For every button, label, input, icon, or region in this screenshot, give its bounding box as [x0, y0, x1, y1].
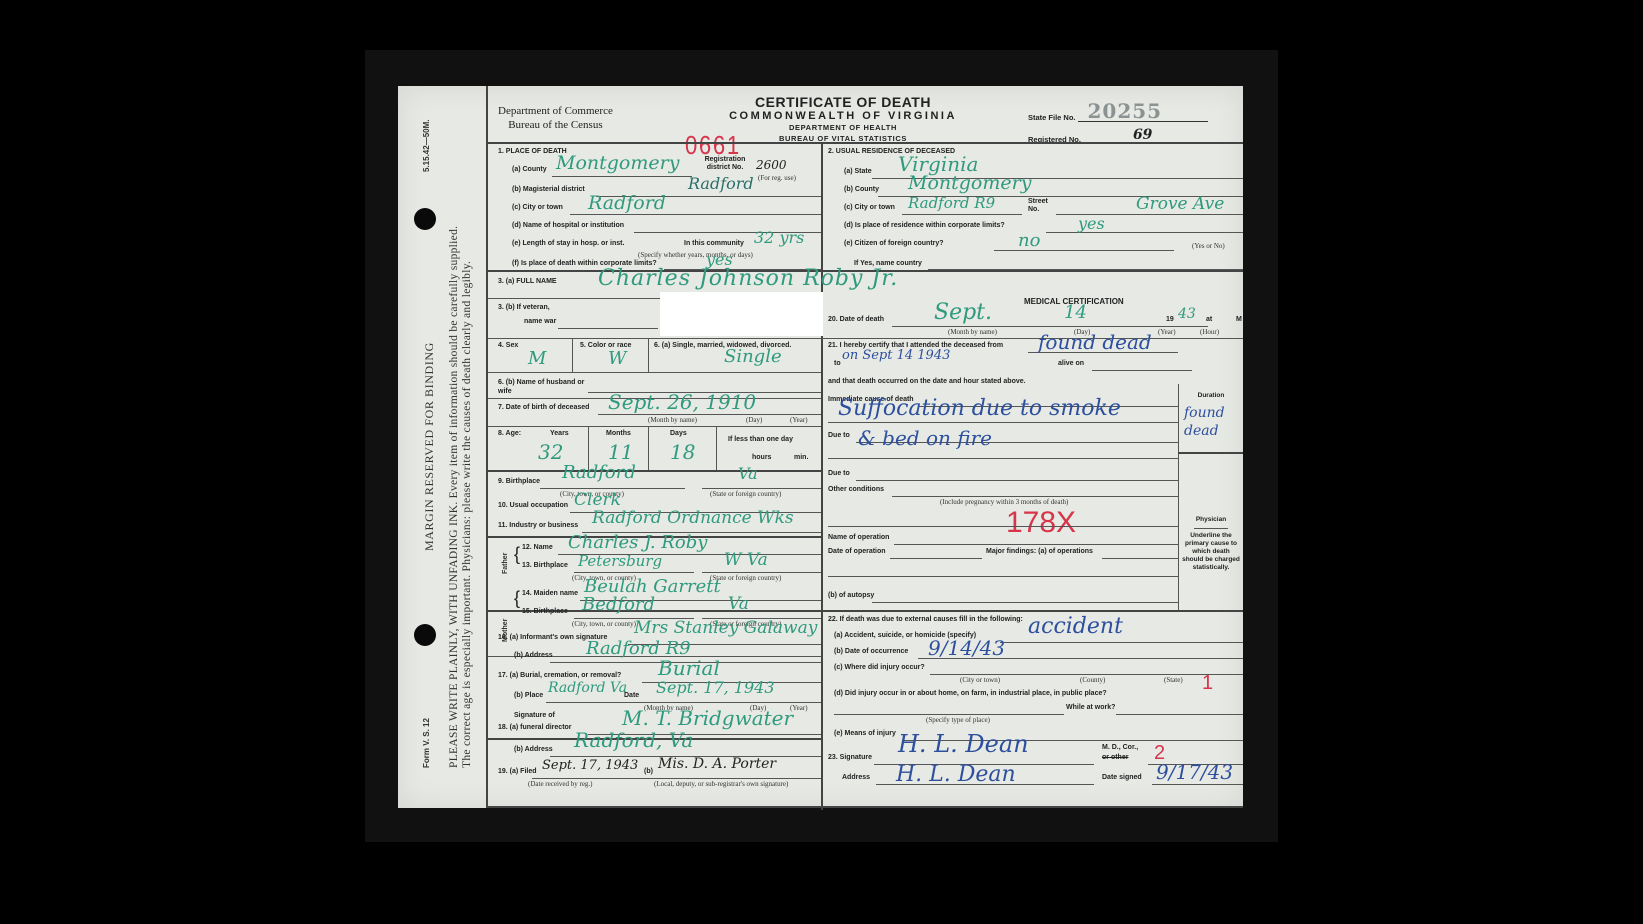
mother-bp-state-value[interactable]: Va: [728, 594, 749, 614]
state-file-label: State File No.: [1028, 113, 1076, 122]
funeral-director-value[interactable]: M. T. Bridgwater: [622, 706, 793, 730]
spouse-label: 6. (b) Name of husband or wife: [498, 378, 588, 396]
birthplace-state-value[interactable]: Va: [738, 464, 758, 483]
findings-label: Major findings: (a) of operations: [986, 548, 1093, 555]
divider: [488, 372, 821, 373]
occupation-label: 10. Usual occupation: [498, 502, 568, 509]
dept-line-2: Bureau of the Census: [498, 118, 613, 132]
citizen-value[interactable]: no: [1018, 230, 1040, 251]
race-value[interactable]: W: [608, 348, 627, 369]
to-label: to: [834, 360, 841, 367]
industry-label: 11. Industry or business: [498, 522, 578, 529]
date-signed-value[interactable]: 9/17/43: [1156, 760, 1233, 784]
operation-label: Name of operation: [828, 534, 889, 541]
where-label: (c) Where did injury occur?: [834, 664, 925, 671]
pregnancy-note: (Include pregnancy within 3 months of de…: [940, 498, 1068, 506]
director-label: 18. (a) funeral director: [498, 724, 572, 731]
res-limits-value[interactable]: yes: [1078, 214, 1105, 233]
column-divider: [821, 142, 823, 810]
yes-no-note: (Yes or No): [1192, 242, 1225, 250]
full-name-value[interactable]: Charles Johnson Roby Jr.: [598, 266, 898, 291]
field-line: [532, 778, 821, 779]
min-label: min.: [794, 454, 808, 461]
field-line: [546, 702, 821, 703]
dod-year-value[interactable]: 43: [1178, 306, 1196, 322]
dept-line-1: Department of Commerce: [498, 104, 613, 118]
field-line: [828, 422, 1178, 423]
street-label: Street No.: [1028, 198, 1054, 214]
father-bp-city-value[interactable]: Petersburg: [578, 552, 662, 570]
res-street-value[interactable]: Grove Ave: [1136, 194, 1224, 214]
reg-district-label: Registration district No.: [700, 156, 750, 172]
burial-type-label: 17. (a) Burial, cremation, or removal?: [498, 672, 621, 679]
attend-to-value[interactable]: on Sept 14 1943: [842, 348, 950, 363]
means-label: (e) Means of injury: [834, 730, 896, 737]
res-city-label: (c) City or town: [844, 204, 895, 211]
age-label: 8. Age:: [498, 430, 521, 437]
field-line: [856, 480, 1178, 481]
divider: [488, 426, 821, 427]
birthplace-label: 9. Birthplace: [498, 478, 540, 485]
death-city-value[interactable]: Radford: [588, 192, 666, 214]
full-name-label: 3. (a) FULL NAME: [498, 278, 557, 285]
field-line: [1116, 714, 1243, 715]
days-label: Days: [670, 430, 687, 437]
divider: [648, 426, 649, 470]
field-line: [928, 269, 1243, 270]
underline-note: Underline the primary cause to which dea…: [1182, 532, 1240, 572]
op-date-label: Date of operation: [828, 548, 886, 555]
home-label: (d) Did injury occur in or about home, o…: [834, 690, 1107, 697]
alive-on-label: alive on: [1058, 360, 1084, 367]
instruction-2: The correct age is especially important.…: [461, 261, 473, 768]
divider: [1178, 384, 1179, 610]
field-line: [1102, 558, 1178, 559]
divider: [572, 338, 573, 372]
place-type-note: (Specify type of place): [926, 716, 990, 724]
res-county-label: (b) County: [844, 186, 879, 193]
filed-date-value[interactable]: Sept. 17, 1943: [542, 758, 638, 773]
certificate-title: CERTIFICATE OF DEATH: [688, 94, 998, 110]
code-stamp: 178X: [1006, 506, 1076, 540]
dod-label: 20. Date of death: [828, 316, 884, 323]
age-months-value[interactable]: 11: [608, 440, 633, 464]
res-county-value[interactable]: Montgomery: [908, 172, 1031, 194]
mother-bp-city-value[interactable]: Bedford: [582, 594, 655, 615]
reg-use-note: (For reg. use): [758, 174, 796, 182]
physician-address-value[interactable]: H. L. Dean: [896, 762, 1016, 787]
burial-place-value[interactable]: Radford Va: [548, 680, 627, 696]
occupation-value[interactable]: Clerk: [574, 490, 621, 510]
work-label: While at work?: [1066, 704, 1115, 711]
due-to-label: Due to: [828, 470, 850, 477]
marital-value[interactable]: Single: [724, 346, 782, 367]
field-line: [574, 572, 694, 573]
at-label: at: [1206, 316, 1212, 323]
registrar-note: (Local, deputy, or sub-registrar's own s…: [654, 780, 788, 788]
father-tag: Father: [502, 553, 509, 574]
field-line: [1152, 784, 1243, 785]
field-line: [598, 414, 821, 415]
year-note: (Year): [1158, 328, 1176, 336]
death-county-value[interactable]: Montgomery: [556, 152, 679, 174]
informant-address-label: (b) Address: [514, 652, 553, 659]
month-note: (Month by name): [948, 328, 997, 336]
or-other-label: or other: [1102, 754, 1128, 761]
registered-number: 69: [1133, 127, 1152, 143]
hospital-label: (d) Name of hospital or institution: [512, 222, 624, 229]
field-line: [702, 572, 821, 573]
field-line: [702, 488, 821, 489]
field-line: [828, 576, 1178, 577]
instruction-1: PLEASE WRITE PLAINLY, WITH UNFADING INK.…: [448, 226, 460, 768]
field-line: [828, 458, 1178, 459]
autopsy-label: (b) of autopsy: [828, 592, 874, 599]
veteran-label: 3. (b) If veteran,: [498, 304, 550, 311]
file-numbers: State File No.20255 Registered No.69: [1028, 100, 1209, 144]
print-code: 5.15.42—50M.: [422, 120, 431, 172]
father-bp-label: 13. Birthplace: [522, 562, 568, 569]
dod-day-value[interactable]: 14: [1064, 302, 1087, 323]
county-note: (County): [1080, 676, 1105, 684]
divider: [1194, 528, 1228, 529]
burial-place-label: (b) Place: [514, 692, 543, 699]
death-certificate: Form V. S. 12 5.15.42—50M. MARGIN RESERV…: [398, 86, 1243, 808]
field-line: [894, 544, 1178, 545]
divider: [716, 426, 717, 470]
punch-hole-icon: [414, 624, 436, 646]
years-label: Years: [550, 430, 569, 437]
res-city-value[interactable]: Radford R9: [908, 194, 995, 212]
field-line: [930, 674, 1243, 675]
other-conditions-label: Other conditions: [828, 486, 884, 493]
year-note: (Year): [790, 416, 808, 424]
divider: [488, 142, 1243, 144]
due-to-label: Due to: [828, 432, 850, 439]
md-label: M. D., Cor.,: [1102, 744, 1138, 751]
mother-name-label: 14. Maiden name: [522, 590, 578, 597]
magisterial-label: (b) Magisterial district: [512, 186, 585, 193]
burial-date-value[interactable]: Sept. 17, 1943: [656, 678, 775, 697]
punch-hole-icon: [414, 208, 436, 230]
city-note: (City, town, or county): [572, 620, 636, 628]
community-value[interactable]: 32 yrs: [754, 228, 804, 247]
year-prefix: 19: [1166, 316, 1174, 323]
attend-from-value[interactable]: found dead: [1038, 330, 1152, 354]
stay-label: (e) Length of stay in hosp. or inst.: [512, 240, 624, 247]
physician-signature-value[interactable]: H. L. Dean: [898, 730, 1029, 758]
redaction-box: [660, 292, 823, 336]
burial-date-label: Date: [624, 692, 639, 699]
registrar-label: (b): [644, 768, 653, 775]
department-heading: Department of Commerce Bureau of the Cen…: [498, 104, 613, 132]
community-label: In this community: [684, 240, 744, 247]
birthplace-city-value[interactable]: Radford: [562, 462, 636, 483]
divider: [488, 806, 1243, 808]
commonwealth-title: COMMONWEALTH OF VIRGINIA: [688, 110, 998, 122]
field-line: [872, 602, 1178, 603]
month-note: (Month by name): [648, 416, 697, 424]
field-line: [892, 496, 1178, 497]
father-name-value[interactable]: Charles J. Roby: [568, 532, 707, 553]
immediate-cause-value[interactable]: Suffocation due to smoke: [838, 396, 1121, 421]
external-heading: 22. If death was due to external causes …: [828, 616, 1023, 623]
binding-note: MARGIN RESERVED FOR BINDING: [422, 342, 437, 551]
binding-margin: Form V. S. 12 5.15.42—50M. MARGIN RESERV…: [398, 86, 488, 808]
day-note: (Day): [746, 416, 762, 424]
director-address-label: (b) Address: [514, 746, 553, 753]
field-line: [552, 176, 692, 177]
occurrence-date-label: (b) Date of occurrence: [834, 648, 908, 655]
filed-note: (Date received by reg.): [528, 780, 593, 788]
age-days-value[interactable]: 18: [670, 440, 695, 464]
divider: [1178, 452, 1243, 454]
sex-label: 4. Sex: [498, 342, 518, 349]
divider: [488, 470, 821, 472]
physician-label: Physician: [1180, 516, 1242, 524]
res-state-label: (a) State: [844, 168, 872, 175]
director-address-value[interactable]: Radford, Va: [574, 728, 693, 752]
specify-note: (Specify whether years, months, or days): [638, 251, 753, 259]
field-line: [1046, 232, 1243, 233]
field-line: [540, 488, 685, 489]
field-line: [892, 326, 1208, 327]
certificate-form: Department of Commerce Bureau of the Cen…: [488, 86, 1243, 808]
occurrence-date-value[interactable]: 9/14/43: [928, 636, 1005, 660]
date-signed-label: Date signed: [1102, 774, 1142, 781]
citizen-label: (e) Citizen of foreign country?: [844, 240, 944, 247]
father-bp-state-value[interactable]: W Va: [724, 550, 768, 570]
field-line: [558, 328, 658, 329]
field-line: [890, 558, 982, 559]
months-label: Months: [606, 430, 631, 437]
dob-value[interactable]: Sept. 26, 1910: [608, 390, 756, 414]
field-line: [902, 214, 1022, 215]
magisterial-value[interactable]: Radford: [688, 174, 754, 193]
statement-text: and that death occurred on the date and …: [828, 378, 1026, 385]
age-years-value[interactable]: 32: [538, 440, 563, 464]
physician-address-label: Address: [842, 774, 870, 781]
city-label: (c) City or town: [512, 204, 563, 211]
city-note: (City or town): [960, 676, 1000, 684]
red-mark: 1: [1202, 672, 1213, 695]
filed-label: 19. (a) Filed: [498, 768, 537, 775]
field-line: [1000, 642, 1243, 643]
informant-signature-value[interactable]: Mrs Stanley Galaway: [634, 618, 817, 638]
sex-value[interactable]: M: [528, 348, 546, 369]
mother-bp-label: 15. Birthplace: [522, 608, 568, 615]
accident-value[interactable]: accident: [1028, 614, 1123, 639]
hours-label: hours: [752, 454, 771, 461]
state-note: (State): [1164, 676, 1183, 684]
reg-district-value[interactable]: 2600: [756, 158, 787, 172]
state-file-number: 20255: [1088, 99, 1163, 123]
field-line: [1092, 370, 1192, 371]
field-line: [570, 214, 821, 215]
signature-label: 23. Signature: [828, 754, 872, 761]
father-name-label: 12. Name: [522, 544, 553, 551]
res-limits-label: (d) Is place of residence within corpora…: [844, 222, 1005, 229]
burial-type-value[interactable]: Burial: [658, 656, 720, 680]
dod-month-value[interactable]: Sept.: [934, 300, 992, 325]
industry-value[interactable]: Radford Ordnance Wks: [592, 508, 794, 528]
duration-label: Duration: [1180, 392, 1242, 400]
registrar-value[interactable]: Mis. D. A. Porter: [658, 756, 776, 772]
director-label: Signature of: [514, 712, 555, 719]
due-to-1-value[interactable]: & bed on fire: [858, 426, 992, 450]
war-label: name war: [524, 318, 556, 325]
county-label: (a) County: [512, 166, 547, 173]
hour-note: (Hour): [1200, 328, 1219, 336]
field-line: [828, 526, 1178, 527]
m-label: M: [1236, 316, 1242, 323]
divider: [648, 338, 649, 372]
less-day-label: If less than one day: [728, 436, 793, 443]
dob-label: 7. Date of birth of deceased: [498, 404, 589, 411]
field-line: [834, 714, 1064, 715]
duration-value[interactable]: found dead: [1184, 404, 1242, 440]
form-number: Form V. S. 12: [422, 718, 431, 768]
state-note: (State or foreign country): [710, 490, 781, 498]
